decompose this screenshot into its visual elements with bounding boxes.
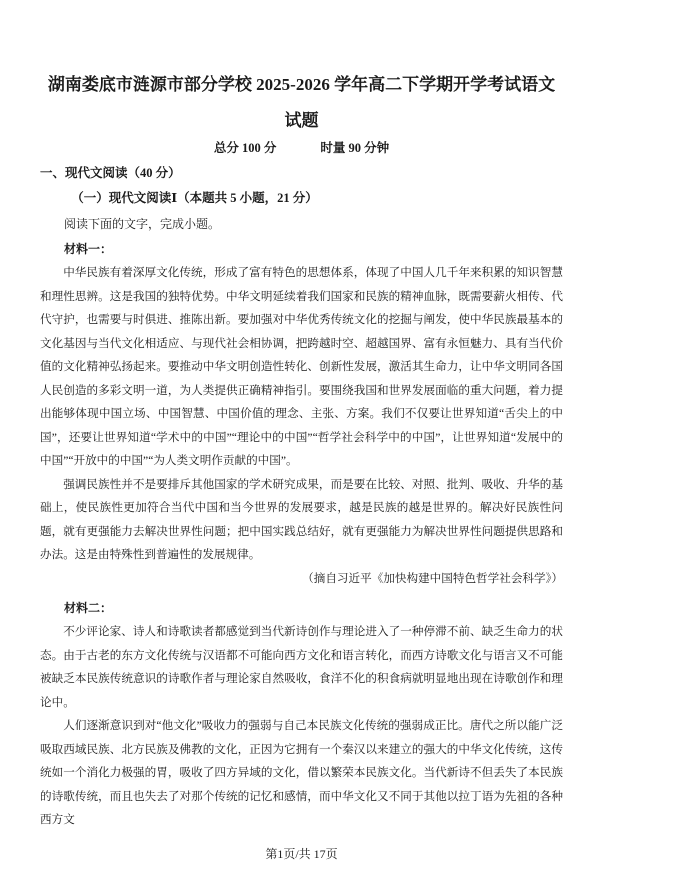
exam-meta-line: 总分 100 分时量 90 分钟 bbox=[40, 136, 563, 160]
material-2-paragraph-2: 人们逐渐意识到对“他文化”吸收力的强弱与自己本民族文化传统的强弱成正比。唐代之所… bbox=[40, 714, 563, 832]
document-content: 湖南娄底市涟源市部分学校 2025-2026 学年高二下学期开学考试语文 试题 … bbox=[40, 0, 563, 866]
material-1-label: 材料一： bbox=[40, 237, 563, 261]
material-2-label: 材料二： bbox=[40, 596, 563, 620]
document-title-line2: 试题 bbox=[40, 106, 563, 136]
material-2-paragraph-1: 不少评论家、诗人和诗歌读者都感觉到当代新诗创作与理论进入了一种停滞不前、缺乏生命… bbox=[40, 620, 563, 714]
total-score-label: 总分 100 分 bbox=[214, 141, 277, 155]
section-1-heading: 一、现代文阅读（40 分） bbox=[40, 161, 563, 185]
time-limit-label: 时量 90 分钟 bbox=[320, 141, 389, 155]
reading-instruction: 阅读下面的文字，完成小题。 bbox=[40, 211, 563, 237]
page-number-footer: 第1页/共 17页 bbox=[40, 843, 563, 867]
material-1-attribution: （摘自习近平《加快构建中国特色哲学社会科学》） bbox=[40, 567, 563, 591]
exam-document-page: 湖南娄底市涟源市部分学校 2025-2026 学年高二下学期开学考试语文 试题 … bbox=[0, 0, 700, 878]
subsection-1-heading: （一）现代文阅读Ⅰ（本题共 5 小题，21 分） bbox=[40, 185, 563, 211]
material-1-paragraph-1: 中华民族有着深厚文化传统，形成了富有特色的思想体系，体现了中国人几千年来积累的知… bbox=[40, 261, 563, 473]
document-title-line1: 湖南娄底市涟源市部分学校 2025-2026 学年高二下学期开学考试语文 bbox=[40, 70, 563, 100]
material-1-paragraph-2: 强调民族性并不是要排斥其他国家的学术研究成果，而是要在比较、对照、批判、吸收、升… bbox=[40, 473, 563, 567]
